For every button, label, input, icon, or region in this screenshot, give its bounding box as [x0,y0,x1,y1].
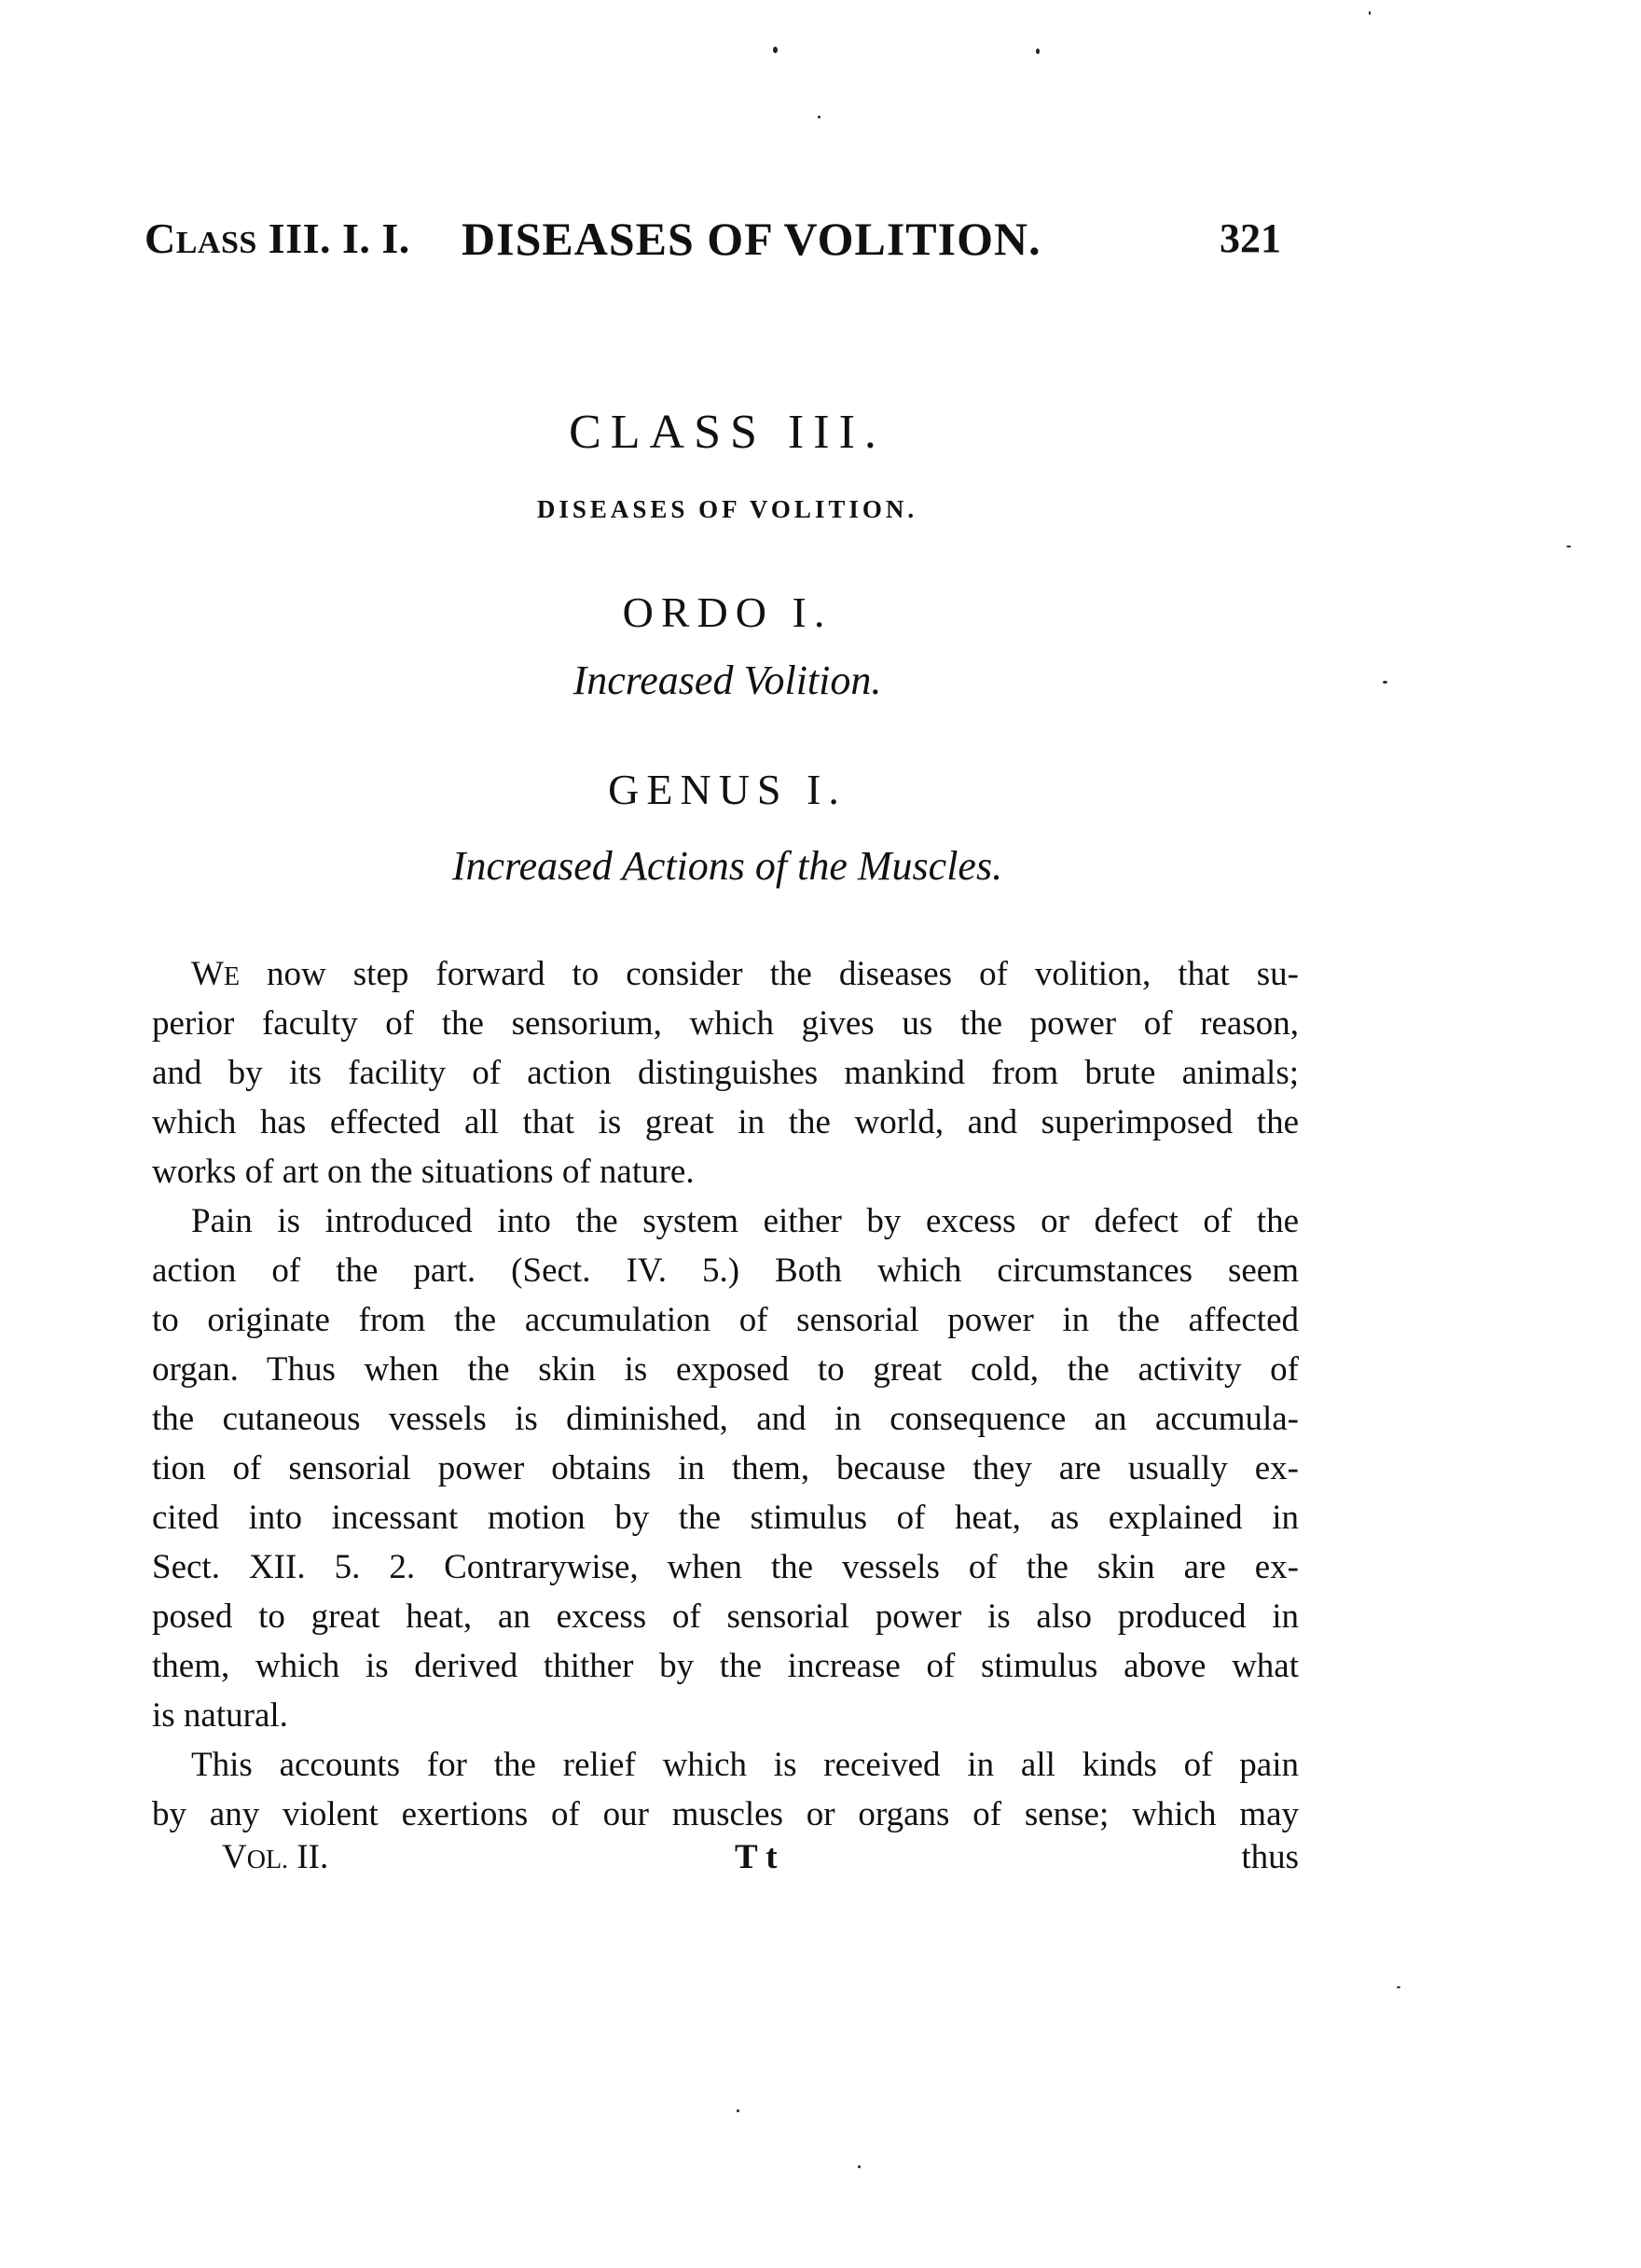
class-subheading: DISEASES OF VOLITION. [0,492,1455,526]
volume-cap: V [222,1838,247,1876]
scan-speck [818,116,820,118]
body-line: perior faculty of the sensorium, which g… [152,1000,1299,1048]
ordo-subheading: Increased Volition. [0,656,1455,706]
signature-mark: T t [735,1833,778,1882]
running-header-section: CLASS III. I. I. [145,213,410,270]
body-line: action of the part. (Sect. IV. 5.) Both … [152,1247,1299,1295]
volume-smallcaps: OL. [247,1846,288,1874]
scan-speck [1383,681,1387,684]
body-line: and by its facility of action distinguis… [152,1049,1299,1098]
drop-initial: W [191,955,224,993]
scan-speck [1036,48,1040,54]
scan-speck [1397,1986,1400,1988]
genus-subheading: Increased Actions of the Muscles. [0,841,1455,892]
body-line: This accounts for the relief which is re… [152,1741,1299,1790]
scan-speck [773,47,778,53]
scan-speck [1369,11,1371,15]
body-line: Pain is introduced into the system eithe… [152,1197,1299,1246]
body-line: works of art on the situations of nature… [152,1148,1299,1196]
body-line: to originate from the accumulation of se… [152,1296,1299,1345]
volume-number: II. [288,1838,328,1876]
body-line: tion of sensorial power obtains in them,… [152,1445,1299,1493]
body-line: cited into incessant motion by the stimu… [152,1494,1299,1542]
body-line: WE now step forward to consider the dise… [152,950,1299,1002]
genus-heading: GENUS I. [0,763,1455,817]
page-number: 321 [1220,213,1281,265]
scan-speck [1566,546,1571,547]
scan-speck [858,2165,861,2168]
running-header-smallcaps: LASS [176,226,257,260]
body-line: posed to great heat, an excess of sensor… [152,1593,1299,1641]
ordo-heading: ORDO I. [0,586,1455,640]
body-line: them, which is derived thither by the in… [152,1642,1299,1691]
body-line: the cutaneous vessels is diminished, and… [152,1395,1299,1444]
class-heading: CLASS III. [0,403,1455,463]
body-line-text: now step forward to consider the disease… [240,955,1299,993]
running-header-title: DISEASES OF VOLITION. [462,213,1041,265]
catchword: thus [1234,1833,1299,1882]
initial-smallcaps: E [224,962,240,991]
body-line: organ. Thus when the skin is exposed to … [152,1346,1299,1394]
body-line: which has effected all that is great in … [152,1099,1299,1147]
body-line: is natural. [152,1692,1299,1740]
running-header-cap: C [145,214,176,262]
body-line: by any violent exertions of our muscles … [152,1791,1299,1839]
scan-speck [737,2109,739,2112]
volume-label: VOL. II. [222,1833,328,1885]
body-line: Sect. XII. 5. 2. Contrarywise, when the … [152,1543,1299,1592]
running-header-numbering: III. I. I. [257,214,410,262]
